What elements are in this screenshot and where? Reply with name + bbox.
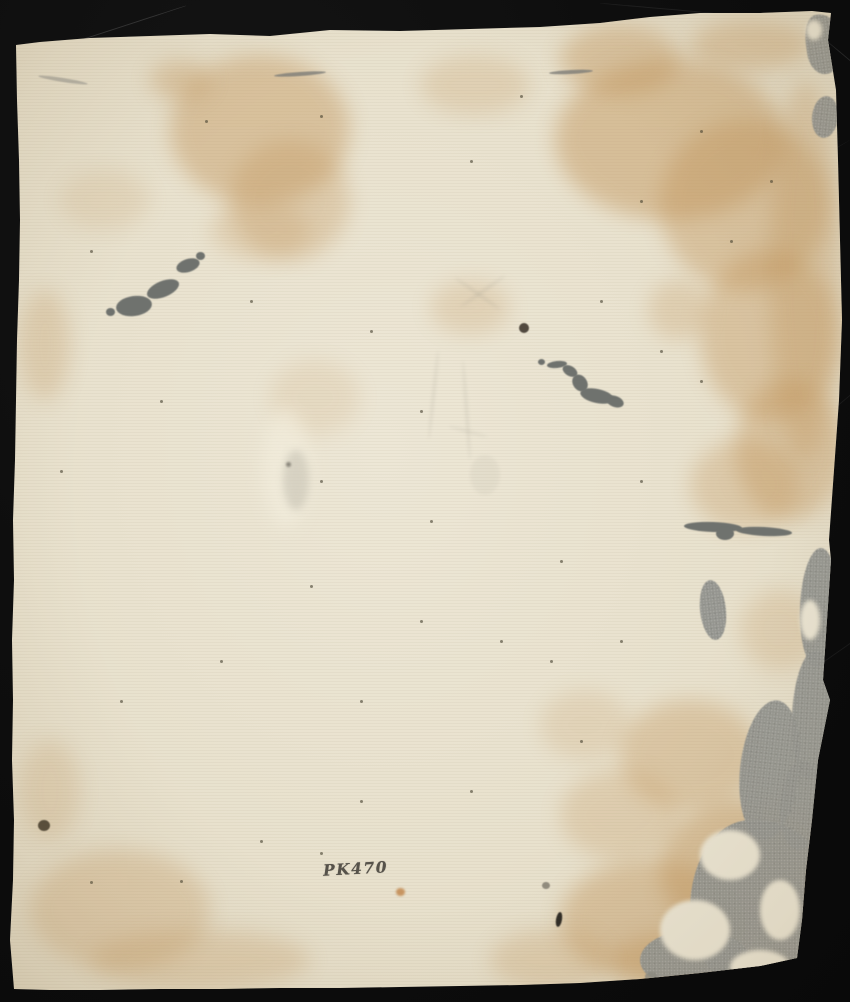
inventory-inscription: PK470 xyxy=(323,857,389,879)
paper-vignette xyxy=(0,0,850,1002)
background-scratch xyxy=(600,3,720,14)
photograph-of-paper-verso: PK470 xyxy=(0,0,850,1002)
paper-sheet: PK470 xyxy=(0,0,850,1002)
